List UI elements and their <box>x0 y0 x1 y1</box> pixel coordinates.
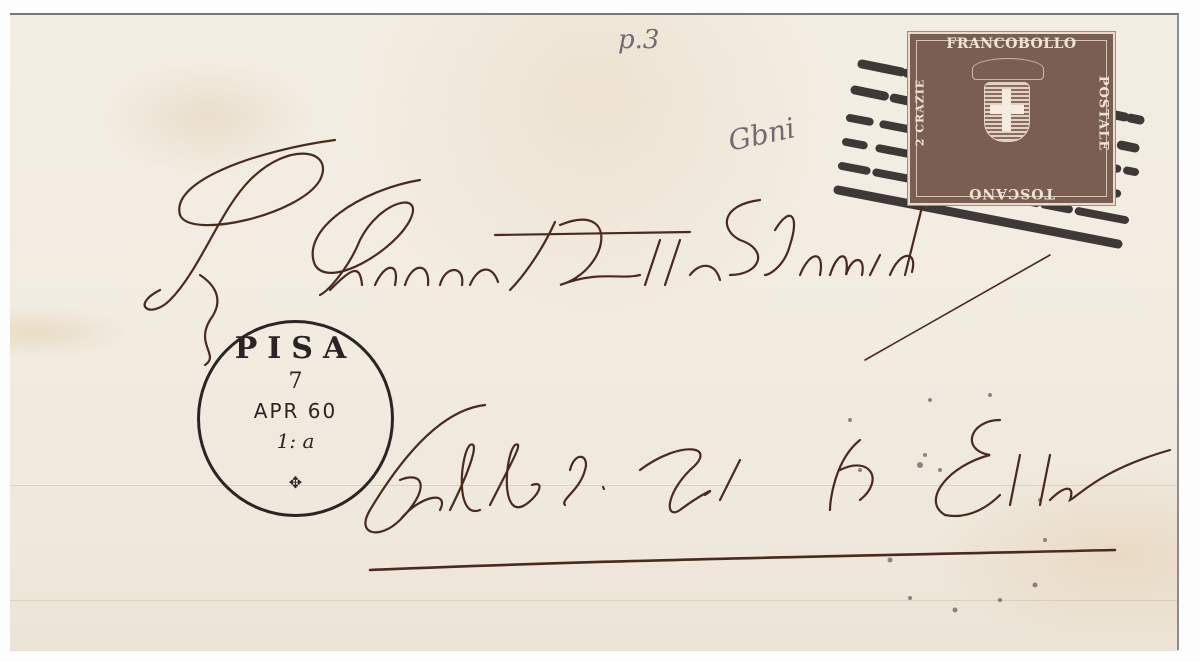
postmark-town: PISA <box>200 331 391 366</box>
stamp-top-text: FRANCOBOLLO <box>910 36 1113 52</box>
postmark-day: 7 <box>200 369 391 394</box>
pencil-page-note: p.3 <box>618 25 659 55</box>
address-name: Giovan Batta Schmid <box>306 190 947 260</box>
stamp-right-text: POSTALE <box>1096 54 1111 174</box>
postmark-time: 1: a <box>200 429 391 453</box>
postmark-date: APR 60 <box>200 399 391 423</box>
cross-horizontal <box>990 105 1024 114</box>
postage-stamp: FRANCOBOLLO POSTALE 2 CRAZIE TOSCANO <box>908 32 1115 205</box>
coat-of-arms-icon <box>984 82 1030 142</box>
postmark-ornament-icon: ✥ <box>200 473 391 492</box>
crown-icon <box>972 58 1044 80</box>
address-honorific: Sig.r <box>140 190 286 260</box>
stamp-left-text: 2 CRAZIE <box>914 53 927 173</box>
pisa-postmark: PISA 7 APR 60 1: a ✥ <box>197 320 394 517</box>
